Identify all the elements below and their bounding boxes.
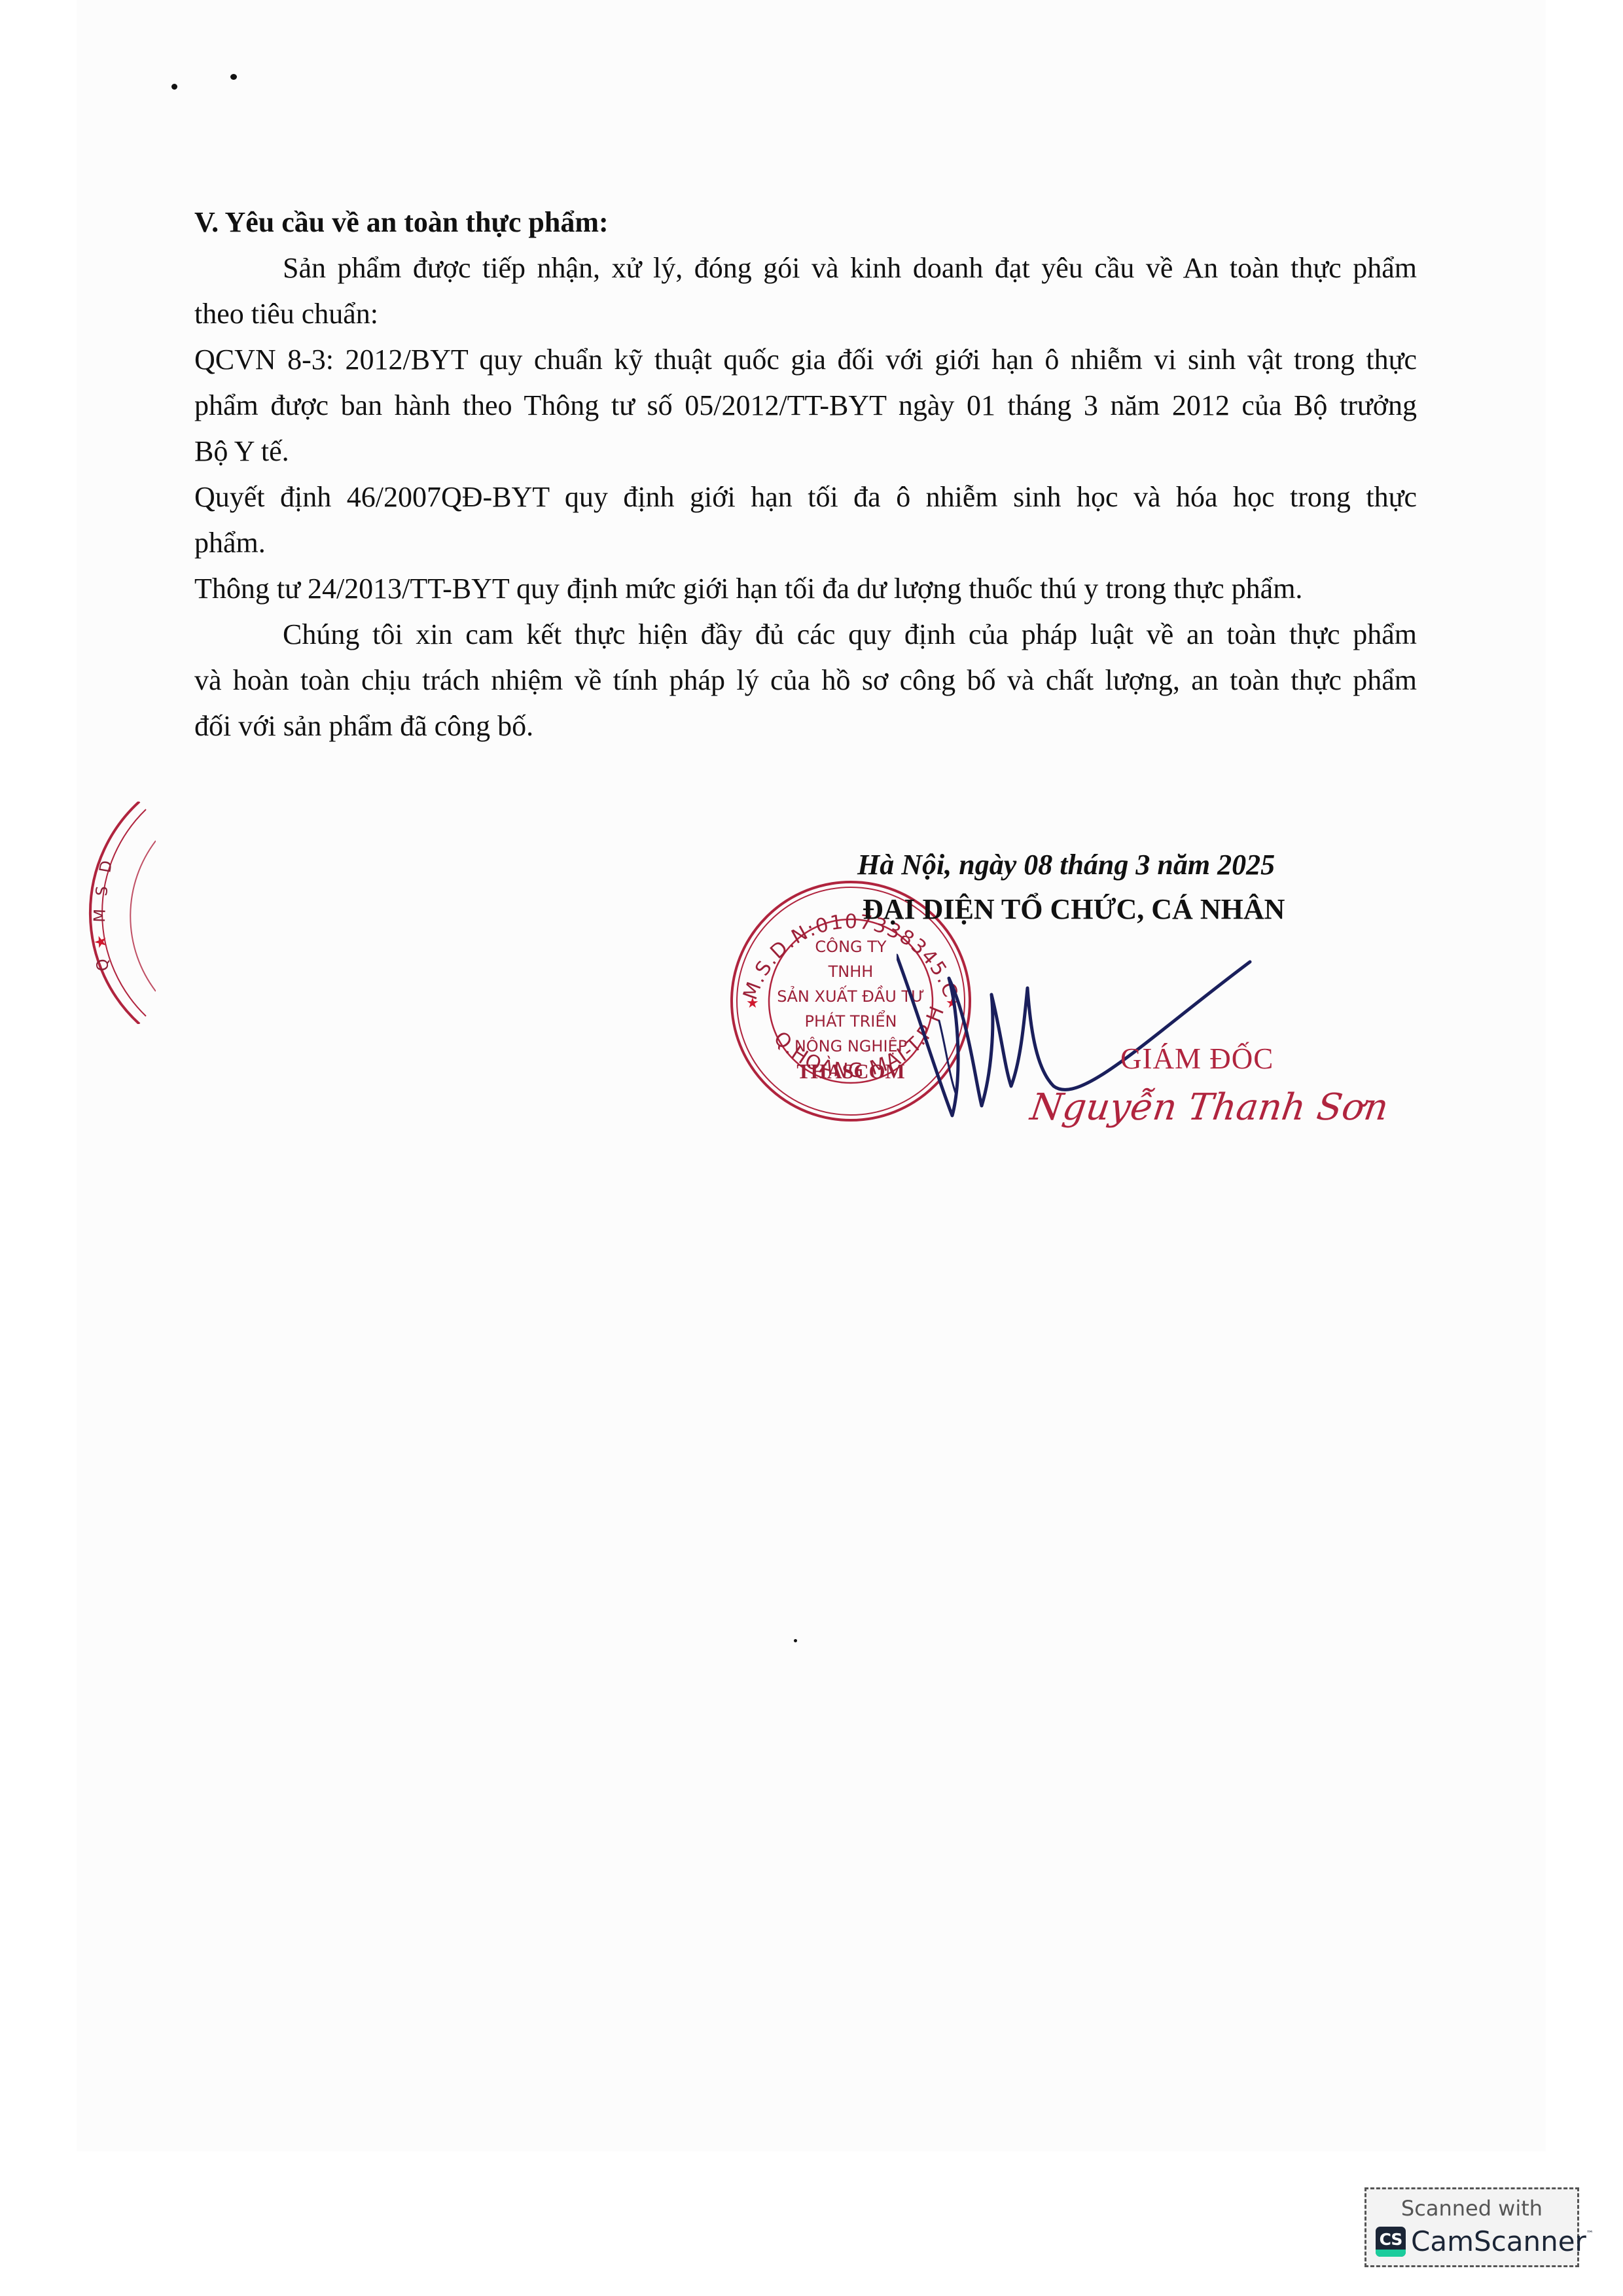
paragraph-line: đối với sản phẩm đã công bố.: [194, 712, 533, 741]
paragraph-line: Bộ Y tế.: [194, 437, 289, 466]
camscanner-watermark: Scanned with CS CamScanner™: [1364, 2187, 1579, 2267]
svg-text:Q: Q: [93, 957, 113, 972]
paragraph-line: theo tiêu chuẩn:: [194, 300, 378, 328]
stamp-line: NÔNG NGHIỆP: [794, 1036, 907, 1055]
svg-text:★: ★: [91, 934, 110, 949]
paragraph-line: Chúng tôi xin cam kết thực hiện đầy đủ c…: [194, 620, 1417, 649]
paragraph-line: Quyết định 46/2007QĐ-BYT quy định giới h…: [194, 483, 1417, 512]
signer-title: GIÁM ĐỐC: [1120, 1042, 1274, 1076]
svg-text:M: M: [90, 909, 109, 923]
paragraph-line: phẩm được ban hành theo Thông tư số 05/2…: [194, 391, 1417, 420]
signer-name: Nguyễn Thanh Sơn: [1027, 1086, 1391, 1129]
svg-text:D: D: [96, 859, 116, 874]
partial-stamp-impression: D S M ★ Q: [77, 802, 156, 1024]
section-heading: V. Yêu cầu về an toàn thực phẩm:: [194, 208, 609, 237]
trademark-symbol: ™: [1586, 2229, 1594, 2238]
paragraph-line: phẩm.: [194, 529, 266, 557]
paragraph-line: QCVN 8-3: 2012/BYT quy chuẩn kỹ thuật qu…: [194, 345, 1417, 374]
svg-text:★: ★: [746, 995, 759, 1012]
svg-text:S: S: [92, 885, 111, 897]
paragraph-line: và hoàn toàn chịu trách nhiệm về tính ph…: [194, 666, 1417, 695]
scan-speck: [171, 84, 177, 90]
stamp-line: CÔNG TY: [815, 936, 886, 956]
representative-title: ĐẠI DIỆN TỔ CHỨC, CÁ NHÂN: [863, 892, 1285, 926]
scan-speck: [230, 74, 237, 80]
place-date: Hà Nội, ngày 08 tháng 3 năm 2025: [857, 848, 1275, 881]
camscanner-logo-icon: CS: [1376, 2227, 1406, 2257]
scan-speck: [794, 1639, 797, 1642]
scanned-with-label: Scanned with: [1366, 2196, 1577, 2221]
paragraph-line: Sản phẩm được tiếp nhận, xử lý, đóng gói…: [194, 254, 1417, 283]
stamp-line: PHÁT TRIỂN: [805, 1010, 897, 1031]
camscanner-name: CamScanner™: [1411, 2225, 1594, 2257]
stamp-company: THASCOM: [796, 1059, 904, 1083]
paragraph-line: Thông tư 24/2013/TT-BYT quy định mức giớ…: [194, 574, 1302, 603]
stamp-line: TNHH: [828, 963, 874, 981]
